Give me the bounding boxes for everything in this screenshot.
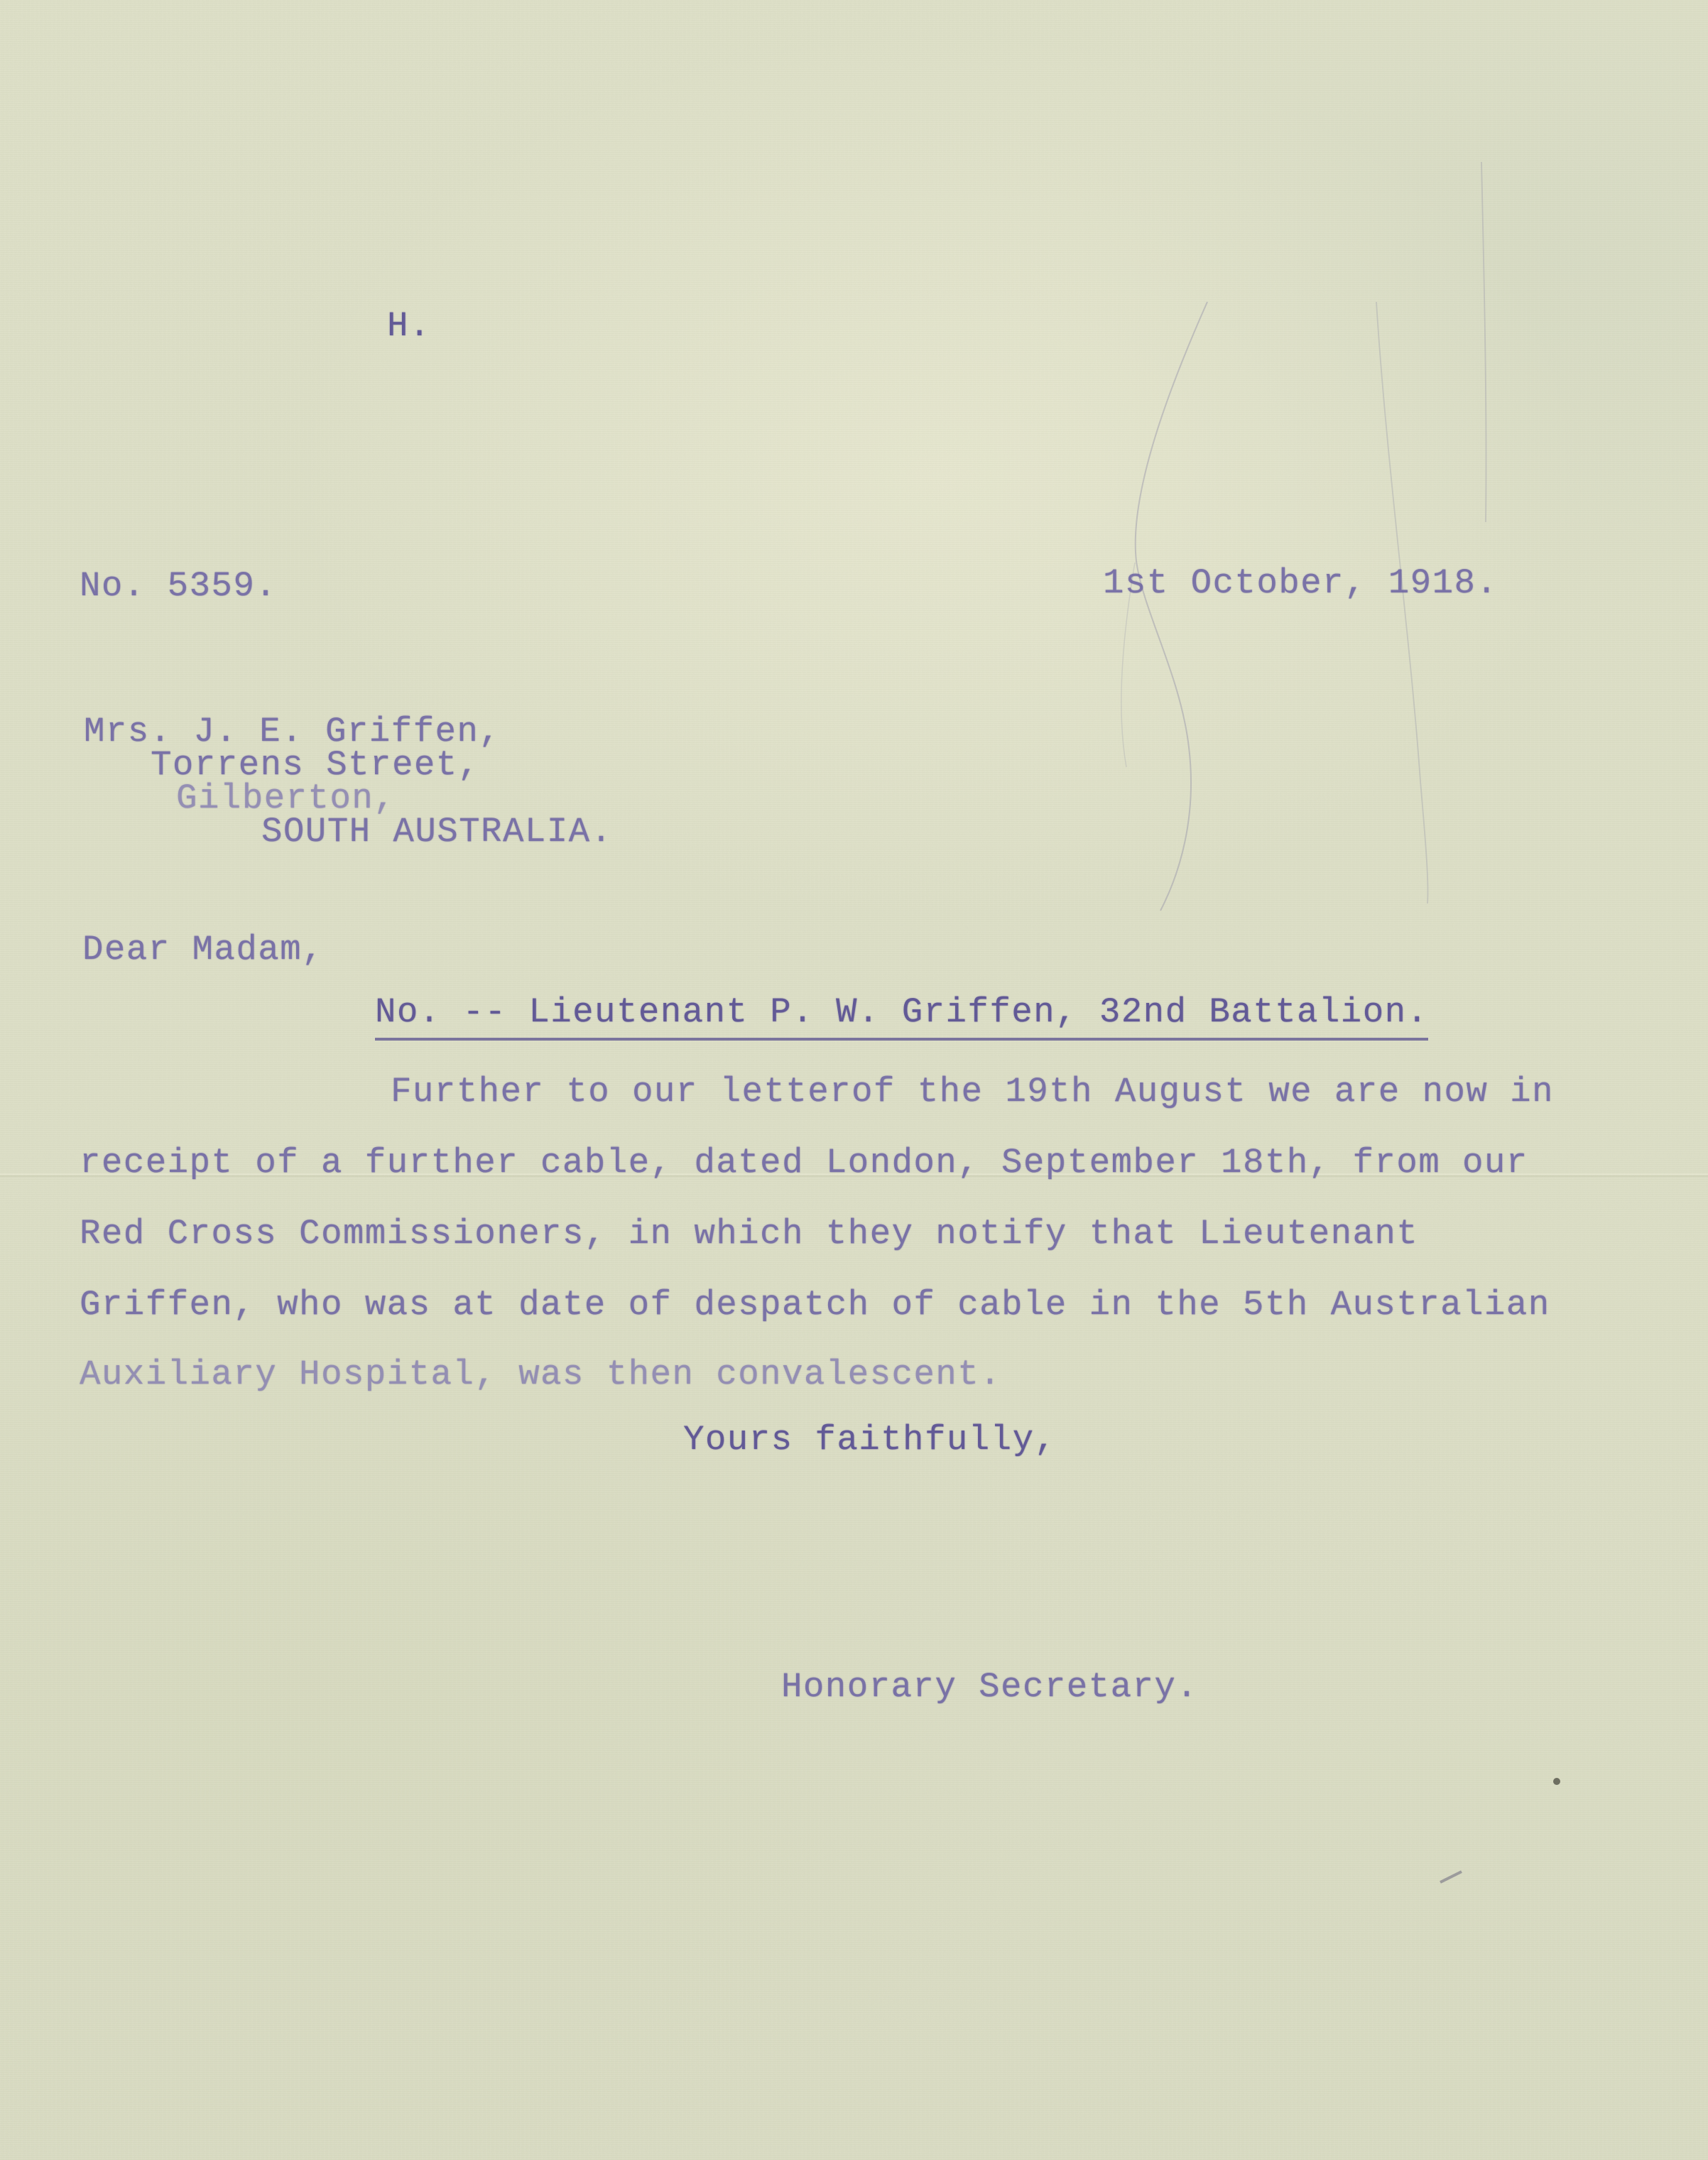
body-line: Auxiliary Hospital, was then convalescen…: [80, 1355, 1001, 1394]
reference-number: No. 5359.: [80, 567, 277, 606]
body-line: Red Cross Commissioners, in which they n…: [80, 1215, 1418, 1254]
letter-date: 1st October, 1918.: [1103, 564, 1498, 603]
subject-line: No. -- Lieutenant P. W. Griffen, 32nd Ba…: [375, 993, 1428, 1041]
header-initial: H.: [387, 307, 431, 346]
ink-speck: [1553, 1778, 1560, 1785]
body-line: Further to our letterof the 19th August …: [391, 1073, 1554, 1112]
closing: Yours faithfully,: [683, 1421, 1056, 1460]
body-line: Griffen, who was at date of despatch of …: [80, 1286, 1550, 1325]
subject-text: No. -- Lieutenant P. W. Griffen, 32nd Ba…: [375, 993, 1428, 1041]
letter-scan: H. No. 5359. 1st October, 1918. Mrs. J. …: [0, 0, 1708, 2160]
body-line: receipt of a further cable, dated London…: [80, 1144, 1528, 1183]
recipient-state: SOUTH AUSTRALIA.: [261, 813, 612, 852]
signature-title: Honorary Secretary.: [781, 1668, 1198, 1707]
salutation: Dear Madam,: [82, 930, 324, 970]
